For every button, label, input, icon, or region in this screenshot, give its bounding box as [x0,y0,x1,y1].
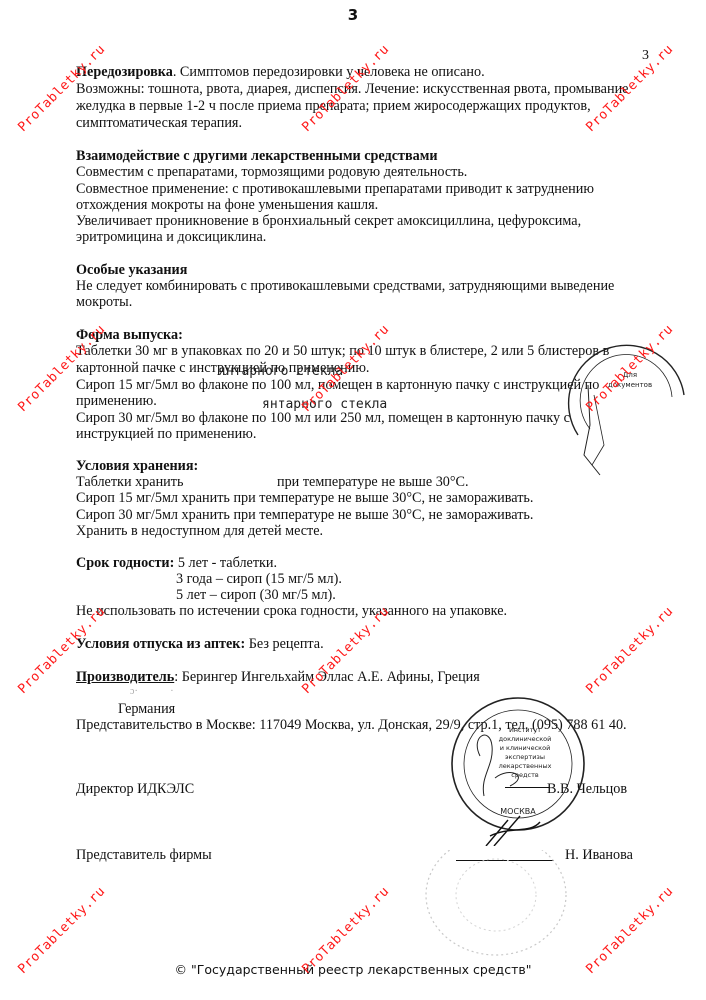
shelf-life-line-4: Не использовать по истечении срока годно… [76,603,507,619]
page-number: 3 [0,6,706,24]
shelf-life-title: Срок годности: [76,555,174,571]
manufacturer-country-2: Германия [118,701,175,717]
shelf-life-line-3: 5 лет – сироп (30 мг/5 мл). [176,587,336,603]
storage-line-1a: Таблетки хранить [76,474,183,490]
dispensing-value: Без рецепта. [245,636,323,652]
faint-ghost-stamp [418,850,578,960]
interactions-line-5: эритромицина и доксициклина. [76,229,266,245]
faint-specks: ɔ· · [130,686,174,697]
release-form-line-5: Сироп 30 мг/5мл во флаконе по 100 мл или… [76,410,570,426]
dispensing-title: Условия отпуска из аптек: [76,636,245,652]
svg-text:МОСКВА: МОСКВА [500,807,536,816]
overdose-text: . Симптомов передозировки у человека не … [173,64,485,80]
svg-text:экспертизы: экспертизы [505,753,545,761]
svg-text:средств: средств [511,771,539,779]
storage-line-1b: при температуре не выше 30°С. [277,474,469,490]
release-form-line-6: инструкцией по применению. [76,426,256,442]
special-title: Особые указания [76,262,187,278]
director-title: Директор ИДКЭЛС [76,781,194,797]
release-form-line-4: применению. [76,393,157,409]
overdose-line-4: симптоматическая терапия. [76,115,242,131]
shelf-life-line-1: Срок годности: 5 лет - таблетки. [76,555,277,571]
svg-text:доклинической: доклинической [499,735,552,743]
official-stamp-top: Для документов [560,325,700,485]
special-line-1: Не следует комбинировать с противокашлев… [76,278,614,294]
interactions-line-2: Совместное применение: с противокашлевым… [76,181,594,197]
manufacturer-title: Производитель [76,669,174,685]
interactions-line-3: отхождения мокроты на фоне уменьшения ка… [76,197,378,213]
shelf-life-line-2: 3 года – сироп (15 мг/5 мл). [176,571,342,587]
storage-line-3: Сироп 30 мг/5мл хранить при температуре … [76,507,533,523]
shelf-life-tablets: 5 лет - таблетки. [174,555,277,571]
dispensing-line: Условия отпуска из аптек: Без рецепта. [76,636,324,652]
interactions-title: Взаимодействие с другими лекарственными … [76,148,438,164]
overdose-line-1: Передозировка. Симптомов передозировки у… [76,64,485,80]
special-line-2: мокроты. [76,294,132,310]
rep-title: Представитель фирмы [76,847,212,863]
release-form-line-1: Таблетки 30 мг в упаковках по 20 и 50 шт… [76,343,609,359]
svg-text:и клинической: и клинической [500,744,551,752]
svg-text:Институт: Институт [509,726,541,734]
storage-title: Условия хранения: [76,458,198,474]
svg-text:лекарственных: лекарственных [499,762,552,770]
interactions-line-1: Совместим с препаратами, тормозящими род… [76,164,467,180]
interactions-line-4: Увеличивает проникновение в бронхиальный… [76,213,581,229]
watermark: ProTabletky.ru [583,604,676,697]
storage-line-4: Хранить в недоступном для детей месте. [76,523,323,539]
official-stamp-bottom: Институт доклинической и клинической экс… [450,696,586,846]
manufacturer-line: Производитель: Берингер Ингельхайм Эллас… [76,669,480,685]
storage-line-2: Сироп 15 мг/5мл хранить при температуре … [76,490,533,506]
amber-glass-insert-1: янтарного стекла [218,364,343,379]
